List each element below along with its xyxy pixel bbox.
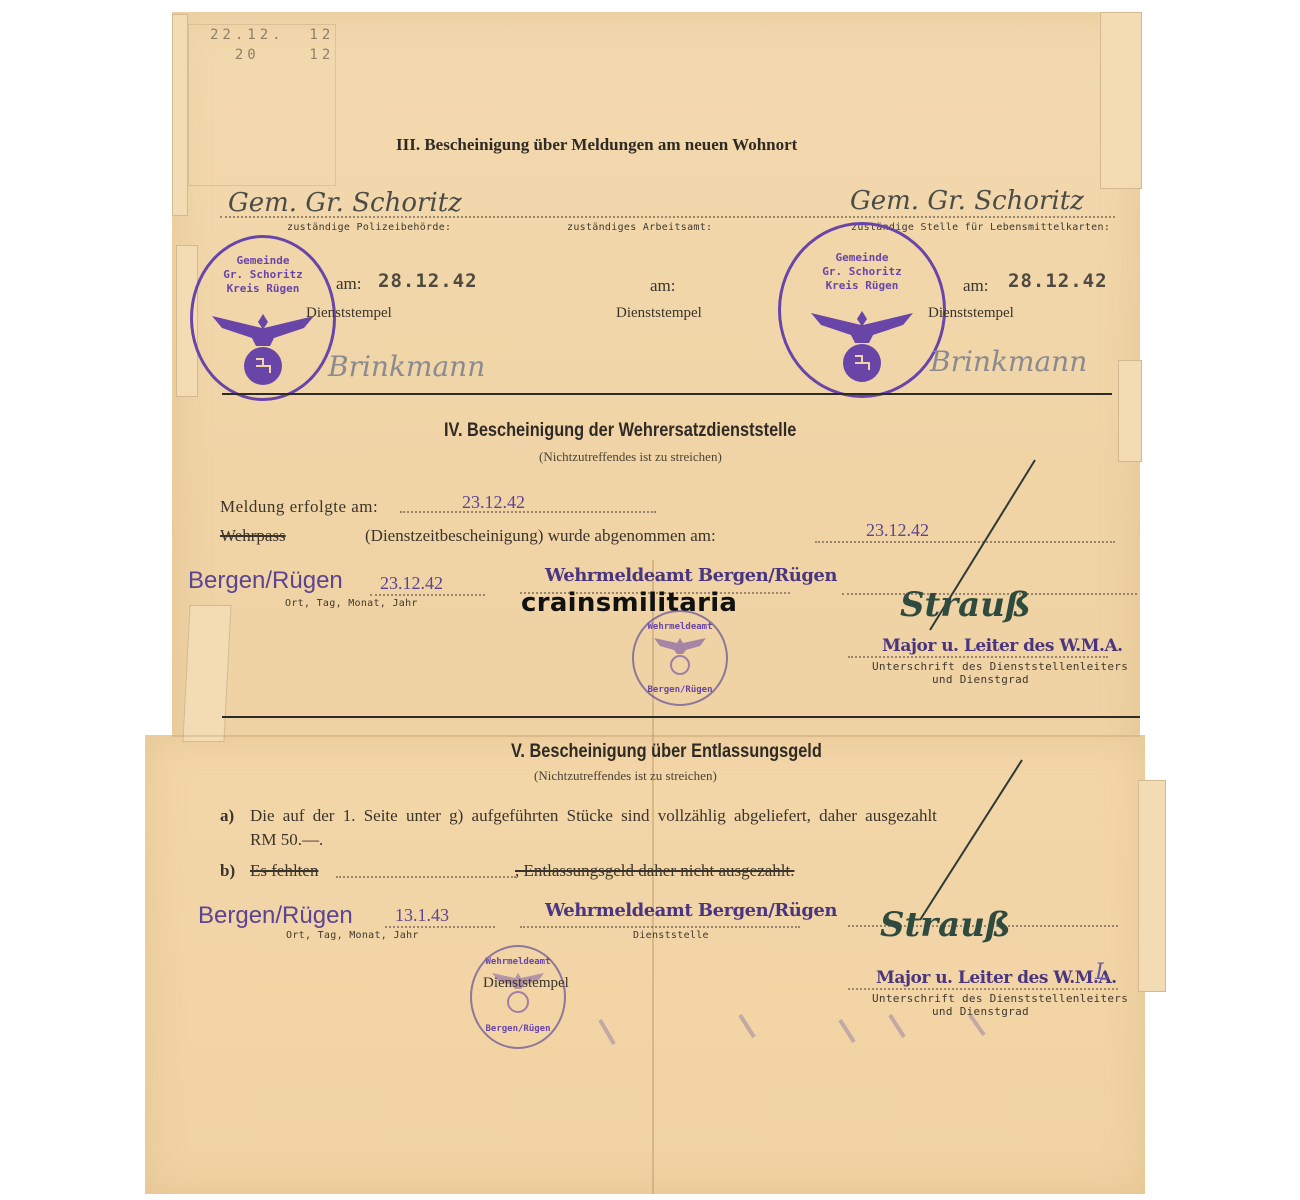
fold-crease-horizontal <box>172 735 1140 737</box>
am-label-1: am: <box>336 274 362 294</box>
rank-dotted-line-5 <box>848 988 1118 990</box>
folded-edge-right <box>1100 12 1142 189</box>
stempel-label-5: Dienststempel <box>483 975 569 992</box>
wehrmeldeamt-round-stamp-1: Wehrmeldeamt Bergen/Rügen <box>632 610 728 706</box>
municipality-stamp-2: Gemeinde Gr. Schoritz Kreis Rügen <box>778 222 946 398</box>
torn-flap-right-lower <box>1138 780 1166 992</box>
stamp-line-3: Kreis Rügen <box>781 279 943 293</box>
office-label-5: Dienststelle <box>633 930 709 941</box>
place-date-4: 23.12.42 <box>380 573 443 594</box>
meldung-value: 23.12.42 <box>462 492 525 513</box>
handwritten-authority-ration: Gem. Gr. Schoritz <box>850 186 1084 216</box>
dienstzeit-label: (Dienstzeitbescheinigung) wurde abgenomm… <box>365 526 716 546</box>
place-date-5: 13.1.43 <box>395 905 449 926</box>
section-divider-2 <box>222 716 1140 718</box>
rank-hand-suffix-5: L <box>1095 960 1110 985</box>
signature-4: Strauß <box>900 585 1031 625</box>
item-b-struck-1: Es fehlten <box>250 861 318 881</box>
sig-label-4-line2: und Dienstgrad <box>932 673 1029 686</box>
eagle-emblem-icon <box>650 634 710 678</box>
am-value-3: 28.12.42 <box>1008 270 1108 292</box>
round-stamp-bottom-text: Bergen/Rügen <box>634 683 726 697</box>
section-divider-1 <box>222 393 1112 395</box>
diagonal-strike-mark-icon <box>880 755 1030 925</box>
place-dotted-line-5 <box>385 926 495 928</box>
watermark-text: crainsmilitaria <box>521 588 737 618</box>
eagle-emblem-icon <box>803 303 921 385</box>
rank-stamp-4: Major u. Leiter des W.M.A. <box>882 636 1123 656</box>
stamp-line-1: Gemeinde <box>781 251 943 265</box>
rank-dotted-line-4 <box>848 656 1108 658</box>
office-stamp-5: Wehrmeldeamt Bergen/Rügen <box>545 900 837 921</box>
stamp-line-2: Gr. Schoritz <box>193 268 333 282</box>
sig-label-5-line1: Unterschrift des Dienststellenleiters <box>872 992 1128 1005</box>
round-stamp-top-text: Wehrmeldeamt <box>634 620 726 634</box>
folded-edge-left <box>172 14 188 216</box>
handwritten-authority-police: Gem. Gr. Schoritz <box>228 188 462 218</box>
label-police-authority: zuständige Polizeibehörde: <box>287 222 451 233</box>
wehrmeldeamt-round-stamp-2: Wehrmeldeamt Bergen/Rügen <box>470 945 566 1049</box>
place-stamp-5: Bergen/Rügen <box>198 902 353 930</box>
section4-title: IV. Bescheinigung der Wehrersatzdienstst… <box>444 420 796 442</box>
item-b-struck-2: , Entlassungsgeld daher nicht ausgezahlt… <box>515 861 794 881</box>
faint-top-marks: 22.12. 12 20 12 <box>210 25 334 65</box>
place-label-4: Ort, Tag, Monat, Jahr <box>285 598 418 609</box>
section5-title: V. Bescheinigung über Entlassungsgeld <box>511 741 822 763</box>
item-b-dotted-line <box>336 876 516 878</box>
meldung-dotted-line <box>400 511 656 513</box>
bleedthrough-check-marks-icon <box>590 1010 1010 1070</box>
office-stamp-4: Wehrmeldeamt Bergen/Rügen <box>545 565 837 586</box>
eagle-emblem-icon <box>204 306 322 388</box>
am-label-2: am: <box>650 276 676 296</box>
meldung-label: Meldung erfolgte am: <box>220 497 378 517</box>
section5-note: (Nichtzutreffendes ist zu streichen) <box>534 768 717 784</box>
item-b-marker: b) <box>220 861 235 881</box>
wehrpass-struck: Wehrpass <box>220 526 286 546</box>
office-dotted-line-5 <box>520 926 800 928</box>
stamp-line-3: Kreis Rügen <box>193 282 333 296</box>
label-labor-office: zuständiges Arbeitsamt: <box>567 222 712 233</box>
stamp-line-1: Gemeinde <box>193 254 333 268</box>
authority-dotted-line <box>220 216 1115 218</box>
signature-3: Brinkmann <box>930 345 1087 378</box>
stempel-label-3: Dienststempel <box>928 305 1014 322</box>
torn-flap-right <box>1118 360 1142 462</box>
place-label-5: Ort, Tag, Monat, Jahr <box>286 930 419 941</box>
torn-flap-left-lower <box>182 605 231 742</box>
section3-title: III. Bescheinigung über Meldungen am neu… <box>396 135 797 155</box>
item-a-marker: a) <box>220 806 234 826</box>
signature-5: Strauß <box>880 905 1011 945</box>
stempel-label-2: Dienststempel <box>616 305 702 322</box>
stamp-line-2: Gr. Schoritz <box>781 265 943 279</box>
place-stamp-4: Bergen/Rügen <box>188 567 343 595</box>
item-a-amount: RM 50.—. <box>250 830 323 850</box>
am-label-3: am: <box>963 276 989 296</box>
sig-label-4-line1: Unterschrift des Dienststellenleiters <box>872 660 1128 673</box>
rank-stamp-5: Major u. Leiter des W.M.A. <box>876 968 1117 988</box>
place-dotted-line-4 <box>370 594 485 596</box>
section4-note: (Nichtzutreffendes ist zu streichen) <box>539 449 722 465</box>
item-a-text: Die auf der 1. Seite unter g) aufgeführt… <box>250 806 937 826</box>
am-value-1: 28.12.42 <box>378 270 478 292</box>
signature-1: Brinkmann <box>328 350 485 383</box>
stempel-label-1: Dienststempel <box>306 305 392 322</box>
round-stamp-top-text: Wehrmeldeamt <box>472 955 564 969</box>
round-stamp-bottom-text: Bergen/Rügen <box>472 1022 564 1036</box>
